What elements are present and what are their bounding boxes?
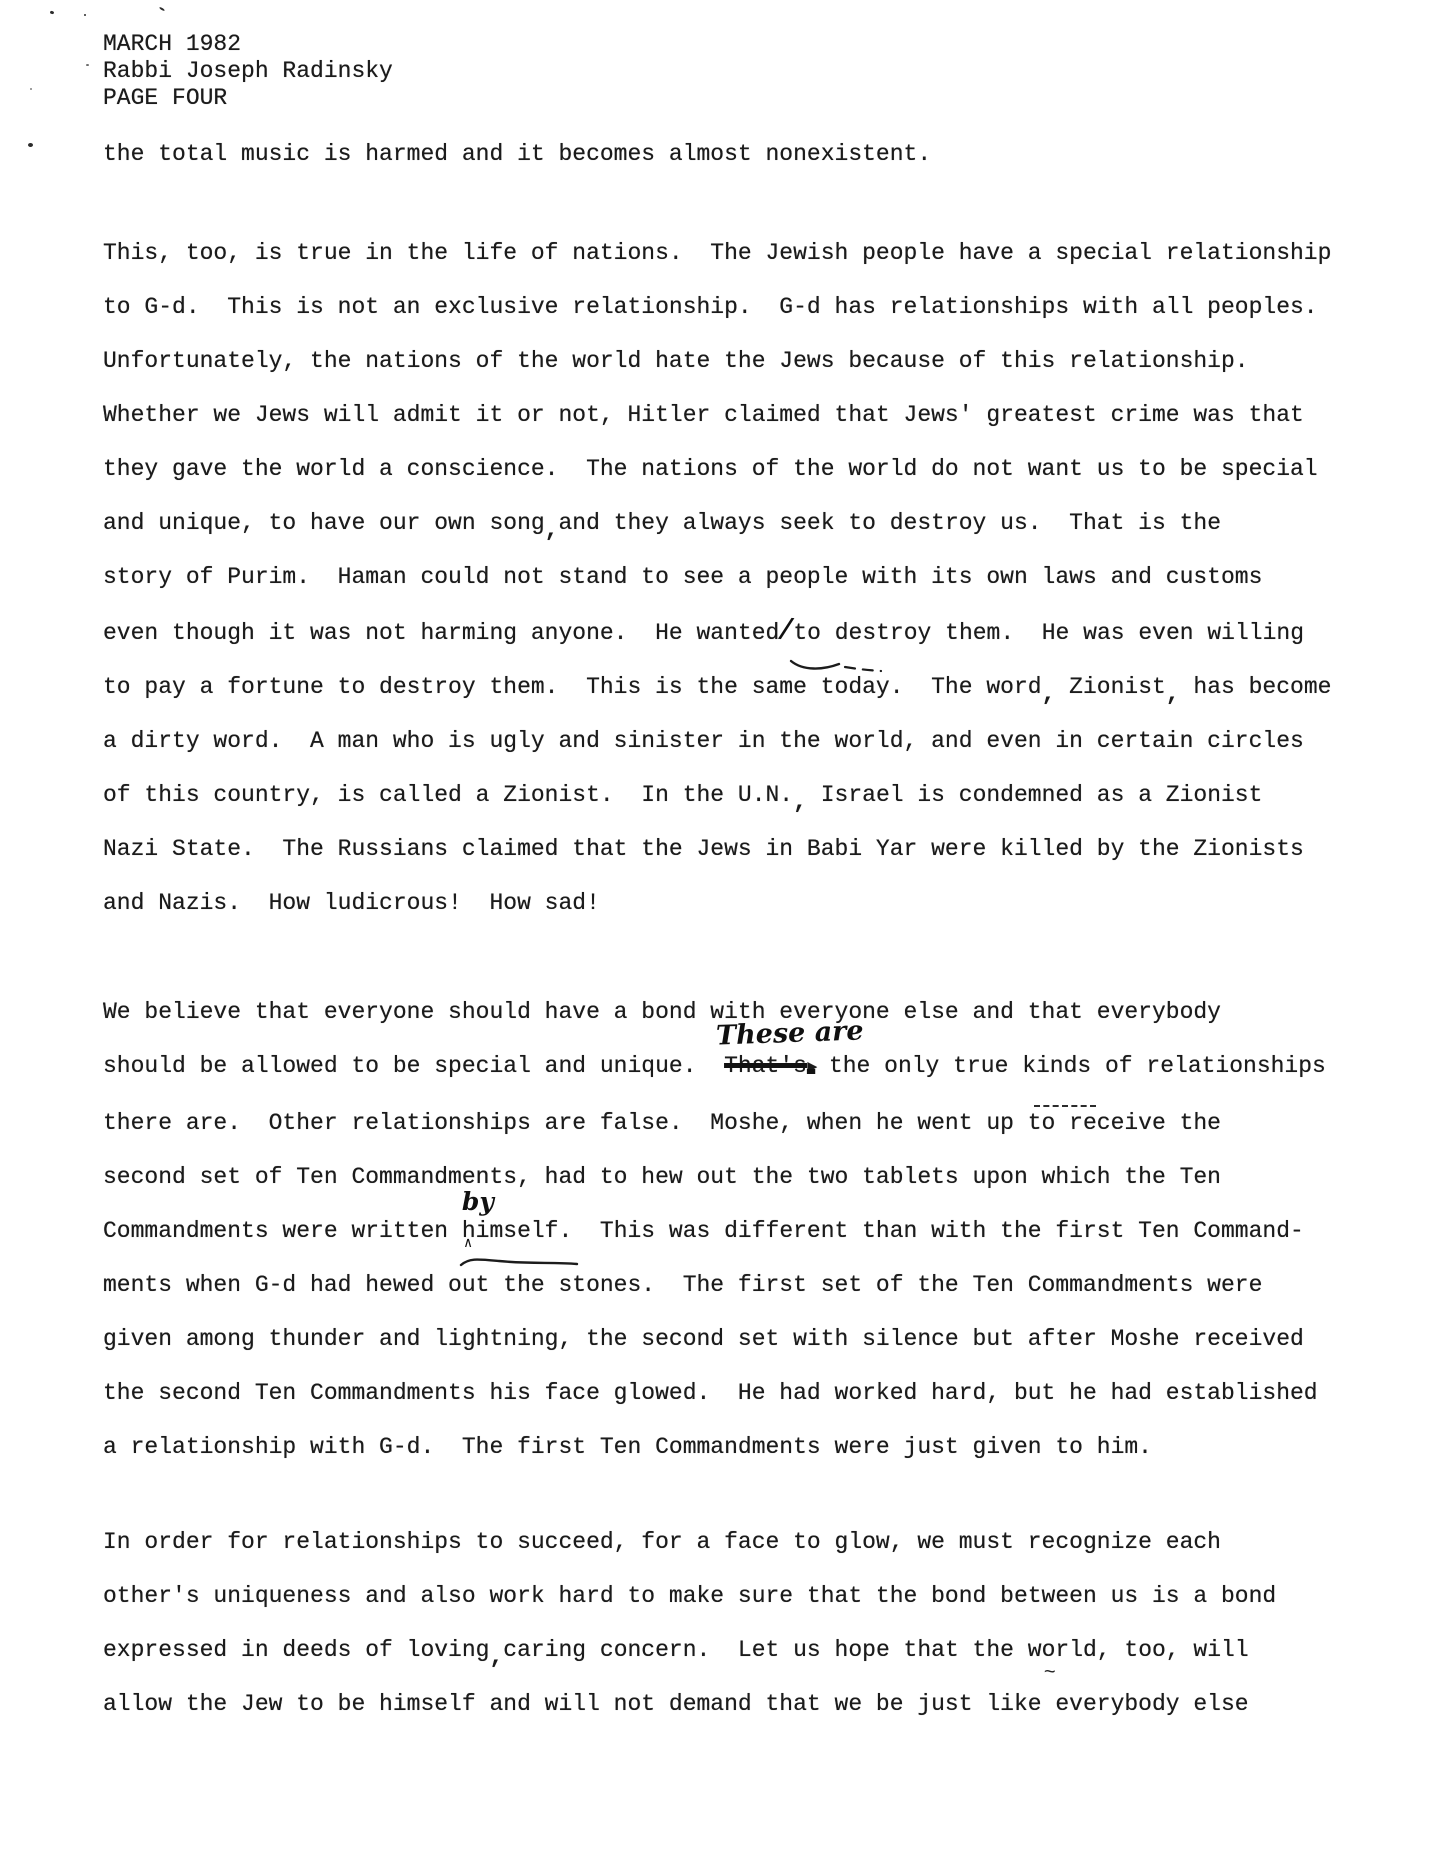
handwritten-comma-mark: , bbox=[1166, 681, 1180, 707]
text-line: Commandments were written by∧himself. Th… bbox=[103, 1204, 1413, 1258]
paragraph-1: the total music is harmed and it becomes… bbox=[103, 127, 1413, 181]
handwritten-correction-these-are: These are bbox=[715, 1004, 864, 1063]
text-segment: , too, will bbox=[1097, 1637, 1249, 1663]
header-page-number: PAGE FOUR bbox=[103, 85, 1413, 112]
text-segment: even though it was not harming anyone. H… bbox=[103, 620, 779, 646]
scan-speck bbox=[28, 143, 33, 147]
handwritten-slash-mark: / bbox=[779, 602, 794, 657]
text-segment: to bbox=[793, 620, 821, 646]
text-line: ments when G-d had hewed out the stones.… bbox=[103, 1258, 1413, 1312]
handwritten-comma-mark: , bbox=[489, 1644, 503, 1670]
text-line: given among thunder and lightning, the s… bbox=[103, 1312, 1413, 1366]
text-segment: Zionist bbox=[1055, 674, 1165, 700]
text-line: a relationship with G-d. The first Ten C… bbox=[103, 1420, 1413, 1474]
annotation-wrap: world~ bbox=[1028, 1623, 1097, 1677]
text-segment: should be allowed to be special and uniq… bbox=[103, 1053, 724, 1079]
text-line: the second Ten Commandments his face glo… bbox=[103, 1366, 1413, 1420]
text-line: should be allowed to be special and uniq… bbox=[103, 1039, 1413, 1096]
pen-swoosh-mark bbox=[789, 658, 885, 674]
text-line: allow the Jew to be himself and will not… bbox=[103, 1677, 1413, 1731]
page-header: MARCH 1982 Rabbi Joseph Radinsky PAGE FO… bbox=[103, 31, 1413, 112]
text-line: Nazi State. The Russians claimed that th… bbox=[103, 822, 1413, 876]
header-date: MARCH 1982 bbox=[103, 31, 1413, 58]
text-line: there are. Other relationships are false… bbox=[103, 1096, 1413, 1150]
handwritten-comma-mark: , bbox=[545, 517, 559, 543]
text-segment: and they always seek to destroy us. That… bbox=[558, 510, 1221, 536]
text-segment: This was different than with the first T… bbox=[572, 1218, 1304, 1244]
document-page: MARCH 1982 Rabbi Joseph Radinsky PAGE FO… bbox=[103, 0, 1413, 1731]
annotation-wrap: These areThat's► bbox=[724, 1039, 815, 1096]
text-segment: kinds bbox=[1022, 1053, 1091, 1079]
text-line: Unfortunately, the nations of the world … bbox=[103, 334, 1413, 388]
scan-speck bbox=[50, 10, 55, 14]
annotation-wrap: kinds bbox=[1022, 1039, 1091, 1093]
handwritten-comma-mark: , bbox=[793, 789, 807, 815]
dashed-pen-mark bbox=[1034, 1105, 1096, 1107]
paragraph-3: We believe that everyone should have a b… bbox=[103, 985, 1413, 1474]
text-line: of this country, is called a Zionist. In… bbox=[103, 768, 1413, 822]
text-line: to G-d. This is not an exclusive relatio… bbox=[103, 280, 1413, 334]
text-line: In order for relationships to succeed, f… bbox=[103, 1515, 1413, 1569]
text-line: they gave the world a conscience. The na… bbox=[103, 442, 1413, 496]
scan-speck bbox=[84, 14, 86, 16]
text-line: and unique, to have our own song,and the… bbox=[103, 496, 1413, 550]
text-segment: world bbox=[1028, 1637, 1097, 1663]
text-segment: to pay a fortune to destroy them. This i… bbox=[103, 674, 1042, 700]
text-segment: of this country, is called a Zionist. In… bbox=[103, 782, 793, 808]
scan-speck bbox=[86, 64, 89, 66]
text-line: even though it was not harming anyone. H… bbox=[103, 604, 1413, 660]
text-line: to pay a fortune to destroy them. This i… bbox=[103, 660, 1413, 714]
text-segment: Israel is condemned as a Zionist bbox=[807, 782, 1262, 808]
text-line: second set of Ten Commandments, had to h… bbox=[103, 1150, 1413, 1204]
handwritten-comma-mark: , bbox=[1042, 681, 1056, 707]
text-line: This, too, is true in the life of nation… bbox=[103, 226, 1413, 280]
text-segment: and unique, to have our own song bbox=[103, 510, 545, 536]
pen-arrow-mark: ► bbox=[807, 1059, 815, 1078]
text-line: story of Purim. Haman could not stand to… bbox=[103, 550, 1413, 604]
annotation-wrap: to bbox=[793, 606, 821, 660]
paragraph-2: This, too, is true in the life of nation… bbox=[103, 226, 1413, 930]
text-segment: expressed in deeds of loving bbox=[103, 1637, 489, 1663]
header-author: Rabbi Joseph Radinsky bbox=[103, 58, 1413, 85]
text-line: other's uniqueness and also work hard to… bbox=[103, 1569, 1413, 1623]
text-line: the total music is harmed and it becomes… bbox=[103, 127, 1413, 181]
text-line: and Nazis. How ludicrous! How sad! bbox=[103, 876, 1413, 930]
text-segment: has become bbox=[1180, 674, 1332, 700]
text-segment: Commandments were written bbox=[103, 1218, 462, 1244]
scan-speck bbox=[30, 88, 32, 90]
pen-swoosh-mark bbox=[459, 1255, 581, 1271]
annotation-wrap: / bbox=[779, 604, 793, 660]
annotation-wrap: by∧himself. bbox=[462, 1204, 572, 1258]
text-line: expressed in deeds of loving,caring conc… bbox=[103, 1623, 1413, 1677]
text-line: Whether we Jews will admit it or not, Hi… bbox=[103, 388, 1413, 442]
tilde-pen-mark: ~ bbox=[1044, 1647, 1055, 1701]
text-segment: of relationships bbox=[1091, 1053, 1326, 1079]
text-line: a dirty word. A man who is ugly and sini… bbox=[103, 714, 1413, 768]
text-segment: caring concern. Let us hope that the bbox=[503, 1637, 1028, 1663]
paragraph-4: In order for relationships to succeed, f… bbox=[103, 1515, 1413, 1731]
text-segment: destroy them. He was even willing bbox=[821, 620, 1304, 646]
